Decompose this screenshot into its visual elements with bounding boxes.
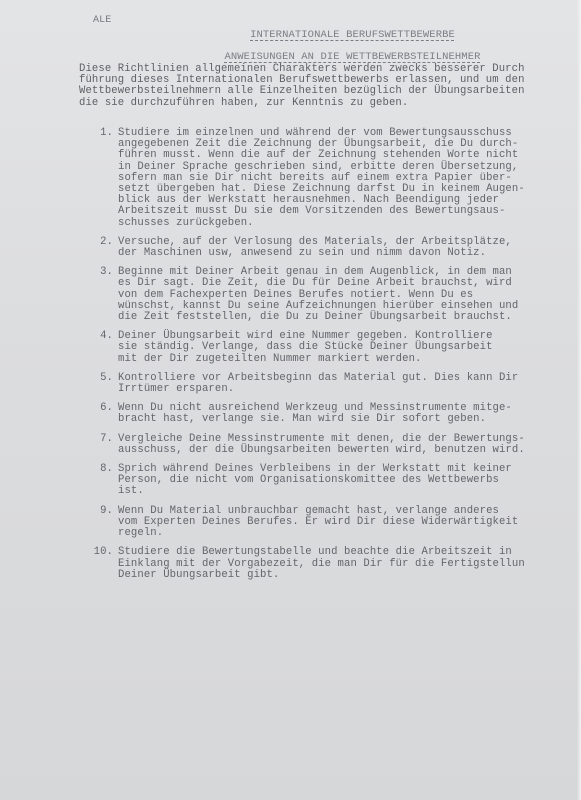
reference-code: ALE: [93, 15, 111, 26]
instruction-item: 7.Vergleiche Deine Messinstrumente mit d…: [90, 434, 581, 456]
instruction-list: 1.Studiere im einzelnen und während der …: [90, 128, 581, 589]
item-text: Wenn Du nicht ausreichend Werkzeug und M…: [118, 403, 512, 425]
item-number: 2.: [90, 237, 118, 259]
instruction-item: 4.Deiner Übungsarbeit wird eine Nummer g…: [90, 331, 581, 365]
intro-paragraph: Diese Richtlinien allgemeinen Charakters…: [79, 64, 579, 109]
item-number: 10.: [90, 547, 118, 581]
instruction-item: 5.Kontrolliere vor Arbeitsbeginn das Mat…: [90, 373, 581, 395]
document-title: INTERNATIONALE BERUFSWETTBEWERBE: [62, 29, 581, 41]
item-text: Wenn Du Material unbrauchbar gemacht has…: [118, 506, 518, 540]
instruction-item: 3.Beginne mit Deiner Arbeit genau in dem…: [90, 267, 581, 323]
instruction-item: 6.Wenn Du nicht ausreichend Werkzeug und…: [90, 403, 581, 425]
document-subtitle: ANWEISUNGEN AN DIE WETTBEWERBSTEILNEHMER: [62, 51, 581, 63]
instruction-item: 2.Versuche, auf der Verlosung des Materi…: [90, 237, 581, 259]
item-text: Kontrolliere vor Arbeitsbeginn das Mater…: [118, 373, 518, 395]
item-number: 7.: [90, 434, 118, 456]
item-number: 3.: [90, 267, 118, 323]
item-number: 1.: [90, 128, 118, 229]
item-text: Vergleiche Deine Messinstrumente mit den…: [118, 434, 525, 456]
item-number: 9.: [90, 506, 118, 540]
item-text: Sprich während Deines Verbleibens in der…: [118, 464, 512, 498]
item-text: Beginne mit Deiner Arbeit genau in dem A…: [118, 267, 518, 323]
item-text: Studiere die Bewertungstabelle und beach…: [118, 547, 525, 581]
item-number: 6.: [90, 403, 118, 425]
instruction-item: 9.Wenn Du Material unbrauchbar gemacht h…: [90, 506, 581, 540]
instruction-item: 10.Studiere die Bewertungstabelle und be…: [90, 547, 581, 581]
item-number: 4.: [90, 331, 118, 365]
item-text: Deiner Übungsarbeit wird eine Nummer geg…: [118, 331, 493, 365]
instruction-item: 8.Sprich während Deines Verbleibens in d…: [90, 464, 581, 498]
item-text: Versuche, auf der Verlosung des Material…: [118, 237, 512, 259]
item-number: 5.: [90, 373, 118, 395]
instruction-item: 1.Studiere im einzelnen und während der …: [90, 128, 581, 229]
item-number: 8.: [90, 464, 118, 498]
typewritten-document-page: ALE INTERNATIONALE BERUFSWETTBEWERBE ANW…: [0, 0, 581, 800]
item-text: Studiere im einzelnen und während der vo…: [118, 128, 525, 229]
